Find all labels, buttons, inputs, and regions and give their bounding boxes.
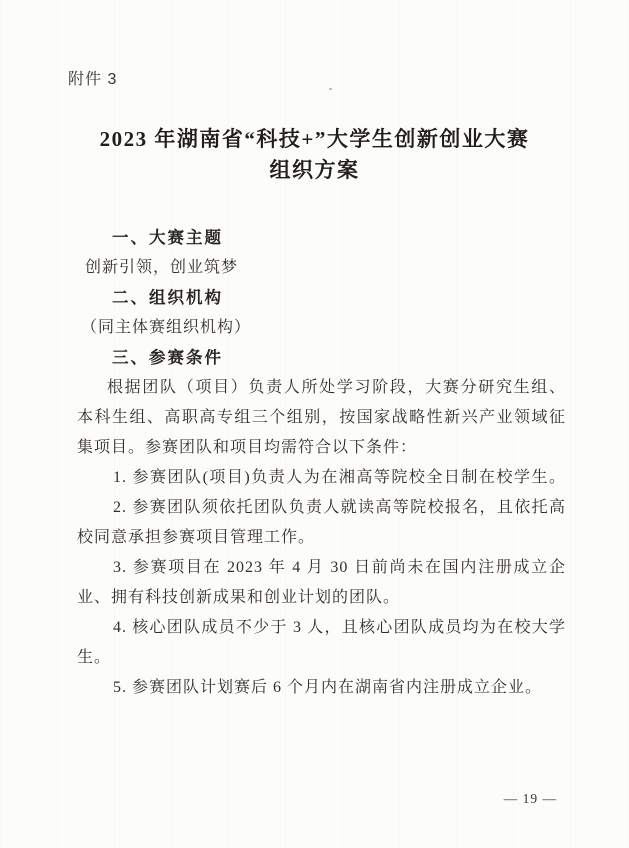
text-line: 根据团队（项目）负责人所处学习阶段，大赛分研究生组、 xyxy=(77,373,566,403)
document-body: 一、大赛主题创新引领，创业筑梦二、组织机构（同主体赛组织机构）三、参赛条件根据团… xyxy=(77,223,566,703)
text-line: 生。 xyxy=(77,643,566,673)
page-number: — 19 — xyxy=(504,791,557,807)
text-line: 5. 参赛团队计划赛后 6 个月内在湖南省内注册成立企业。 xyxy=(77,673,566,703)
text-line: 1. 参赛团队(项目)负责人为在湘高等院校全日制在校学生。 xyxy=(77,463,566,493)
text-line: 创新引领，创业筑梦 xyxy=(77,253,566,283)
section-heading: 三、参赛条件 xyxy=(77,343,566,373)
text-line: 4. 核心团队成员不少于 3 人，且核心团队成员均为在校大学 xyxy=(77,613,566,643)
text-line: 校同意承担参赛项目管理工作。 xyxy=(77,523,566,553)
scan-speckle xyxy=(329,88,332,90)
text-line: 3. 参赛项目在 2023 年 4 月 30 日前尚未在国内注册成立企 xyxy=(77,553,566,583)
text-line: （同主体赛组织机构） xyxy=(77,313,566,343)
document-title-line1: 2023 年湖南省“科技+”大学生创新创业大赛 xyxy=(0,124,629,155)
section-heading: 一、大赛主题 xyxy=(77,223,566,253)
document-page: 附件 3 2023 年湖南省“科技+”大学生创新创业大赛 组织方案 一、大赛主题… xyxy=(0,0,629,848)
attachment-label: 附件 3 xyxy=(68,66,117,89)
text-line: 集项目。参赛团队和项目均需符合以下条件： xyxy=(77,433,566,463)
text-line: 本科生组、高职高专组三个组别，按国家战略性新兴产业领域征 xyxy=(77,403,566,433)
text-line: 2. 参赛团队须依托团队负责人就读高等院校报名，且依托高 xyxy=(77,493,566,523)
document-title: 2023 年湖南省“科技+”大学生创新创业大赛 组织方案 xyxy=(0,124,629,186)
text-line: 业、拥有科技创新成果和创业计划的团队。 xyxy=(77,583,566,613)
section-heading: 二、组织机构 xyxy=(77,283,566,313)
document-title-line2: 组织方案 xyxy=(0,155,629,186)
